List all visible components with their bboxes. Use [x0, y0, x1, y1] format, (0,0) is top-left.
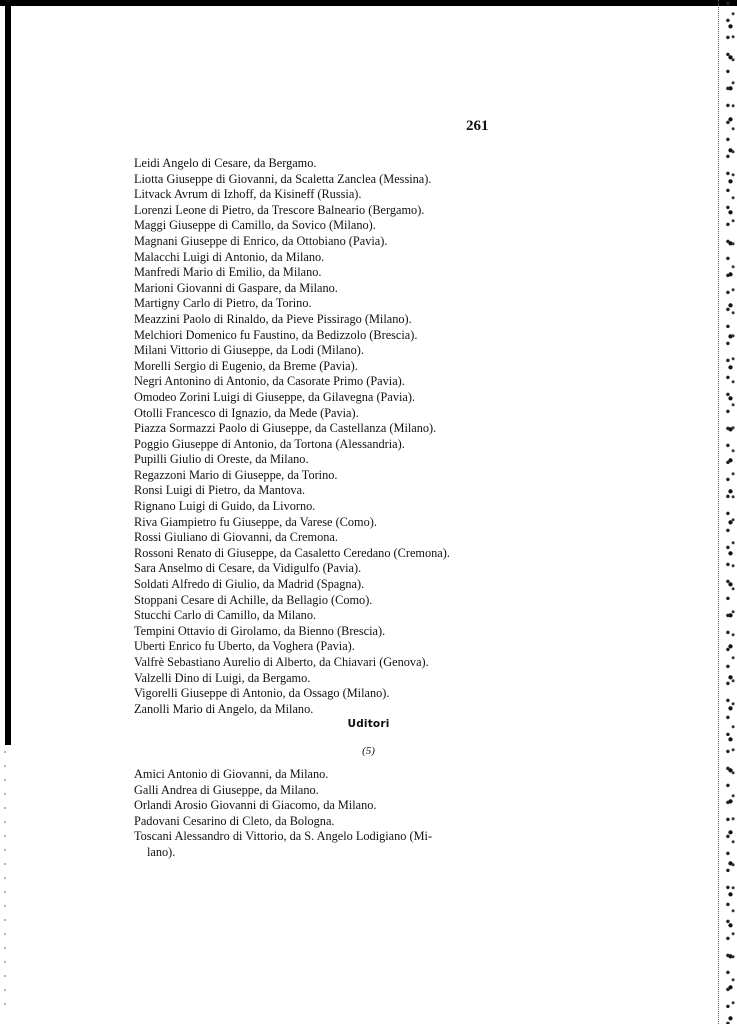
list-item: Pupilli Giulio di Oreste, da Milano.: [134, 452, 450, 468]
list-item: Uberti Enrico fu Uberto, da Voghera (Pav…: [134, 639, 450, 655]
list-item: Vigorelli Giuseppe di Antonio, da Ossago…: [134, 686, 450, 702]
list-item: Padovani Cesarino di Cleto, da Bologna.: [134, 814, 432, 830]
list-item: Orlandi Arosio Giovanni di Giacomo, da M…: [134, 798, 432, 814]
list-item: Rignano Luigi di Guido, da Livorno.: [134, 499, 450, 515]
list-item: Maggi Giuseppe di Camillo, da Sovico (Mi…: [134, 218, 450, 234]
list-item: Rossi Giuliano di Giovanni, da Cremona.: [134, 530, 450, 546]
list-item: Lorenzi Leone di Pietro, da Trescore Bal…: [134, 203, 450, 219]
list-item: Soldati Alfredo di Giulio, da Madrid (Sp…: [134, 577, 450, 593]
list-item: Meazzini Paolo di Rinaldo, da Pieve Piss…: [134, 312, 450, 328]
list-item: Liotta Giuseppe di Giovanni, da Scaletta…: [134, 172, 450, 188]
student-list: Leidi Angelo di Cesare, da Bergamo. Liot…: [134, 156, 450, 717]
list-item: Stucchi Carlo di Camillo, da Milano.: [134, 608, 450, 624]
list-item: Morelli Sergio di Eugenio, da Breme (Pav…: [134, 359, 450, 375]
list-item: Marioni Giovanni di Gaspare, da Milano.: [134, 281, 450, 297]
list-item: Malacchi Luigi di Antonio, da Milano.: [134, 250, 450, 266]
list-item: Poggio Giuseppe di Antonio, da Tortona (…: [134, 437, 450, 453]
page-number: 261: [466, 118, 489, 135]
scan-left-border: [5, 0, 11, 745]
list-item: Omodeo Zorini Luigi di Giuseppe, da Gila…: [134, 390, 450, 406]
list-item: Toscani Alessandro di Vittorio, da S. An…: [134, 829, 432, 845]
list-item: Litvack Avrum di Izhoff, da Kisineff (Ru…: [134, 187, 450, 203]
list-item: Manfredi Mario di Emilio, da Milano.: [134, 265, 450, 281]
list-item: Riva Giampietro fu Giuseppe, da Varese (…: [134, 515, 450, 531]
list-item: Ronsi Luigi di Pietro, da Mantova.: [134, 483, 450, 499]
list-item: Tempini Ottavio di Girolamo, da Bienno (…: [134, 624, 450, 640]
scan-right-fold-line: [718, 0, 719, 1024]
list-item: Valzelli Dino di Luigi, da Bergamo.: [134, 671, 450, 687]
scan-left-specks: [3, 745, 7, 1005]
auditor-list: Amici Antonio di Giovanni, da Milano. Ga…: [134, 767, 432, 861]
scan-right-edge-noise: [724, 0, 737, 1024]
list-item: Rossoni Renato di Giuseppe, da Casaletto…: [134, 546, 450, 562]
list-item: Magnani Giuseppe di Enrico, da Ottobiano…: [134, 234, 450, 250]
list-item: Martigny Carlo di Pietro, da Torino.: [134, 296, 450, 312]
list-item-continuation: lano).: [134, 845, 432, 861]
scan-top-border: [0, 0, 737, 6]
list-item: Milani Vittorio di Giuseppe, da Lodi (Mi…: [134, 343, 450, 359]
list-item: Leidi Angelo di Cesare, da Bergamo.: [134, 156, 450, 172]
list-item: Piazza Sormazzi Paolo di Giuseppe, da Ca…: [134, 421, 450, 437]
list-item: Negri Antonino di Antonio, da Casorate P…: [134, 374, 450, 390]
list-item: Zanolli Mario di Angelo, da Milano.: [134, 702, 450, 718]
list-item: Sara Anselmo di Cesare, da Vidigulfo (Pa…: [134, 561, 450, 577]
list-item: Amici Antonio di Giovanni, da Milano.: [134, 767, 432, 783]
list-item: Melchiori Domenico fu Faustino, da Bediz…: [134, 328, 450, 344]
section-count: (5): [0, 745, 737, 757]
list-item: Regazzoni Mario di Giuseppe, da Torino.: [134, 468, 450, 484]
list-item: Galli Andrea di Giuseppe, da Milano.: [134, 783, 432, 799]
section-heading: Uditori: [0, 718, 737, 730]
list-item: Stoppani Cesare di Achille, da Bellagio …: [134, 593, 450, 609]
list-item: Valfrè Sebastiano Aurelio di Alberto, da…: [134, 655, 450, 671]
list-item: Otolli Francesco di Ignazio, da Mede (Pa…: [134, 406, 450, 422]
